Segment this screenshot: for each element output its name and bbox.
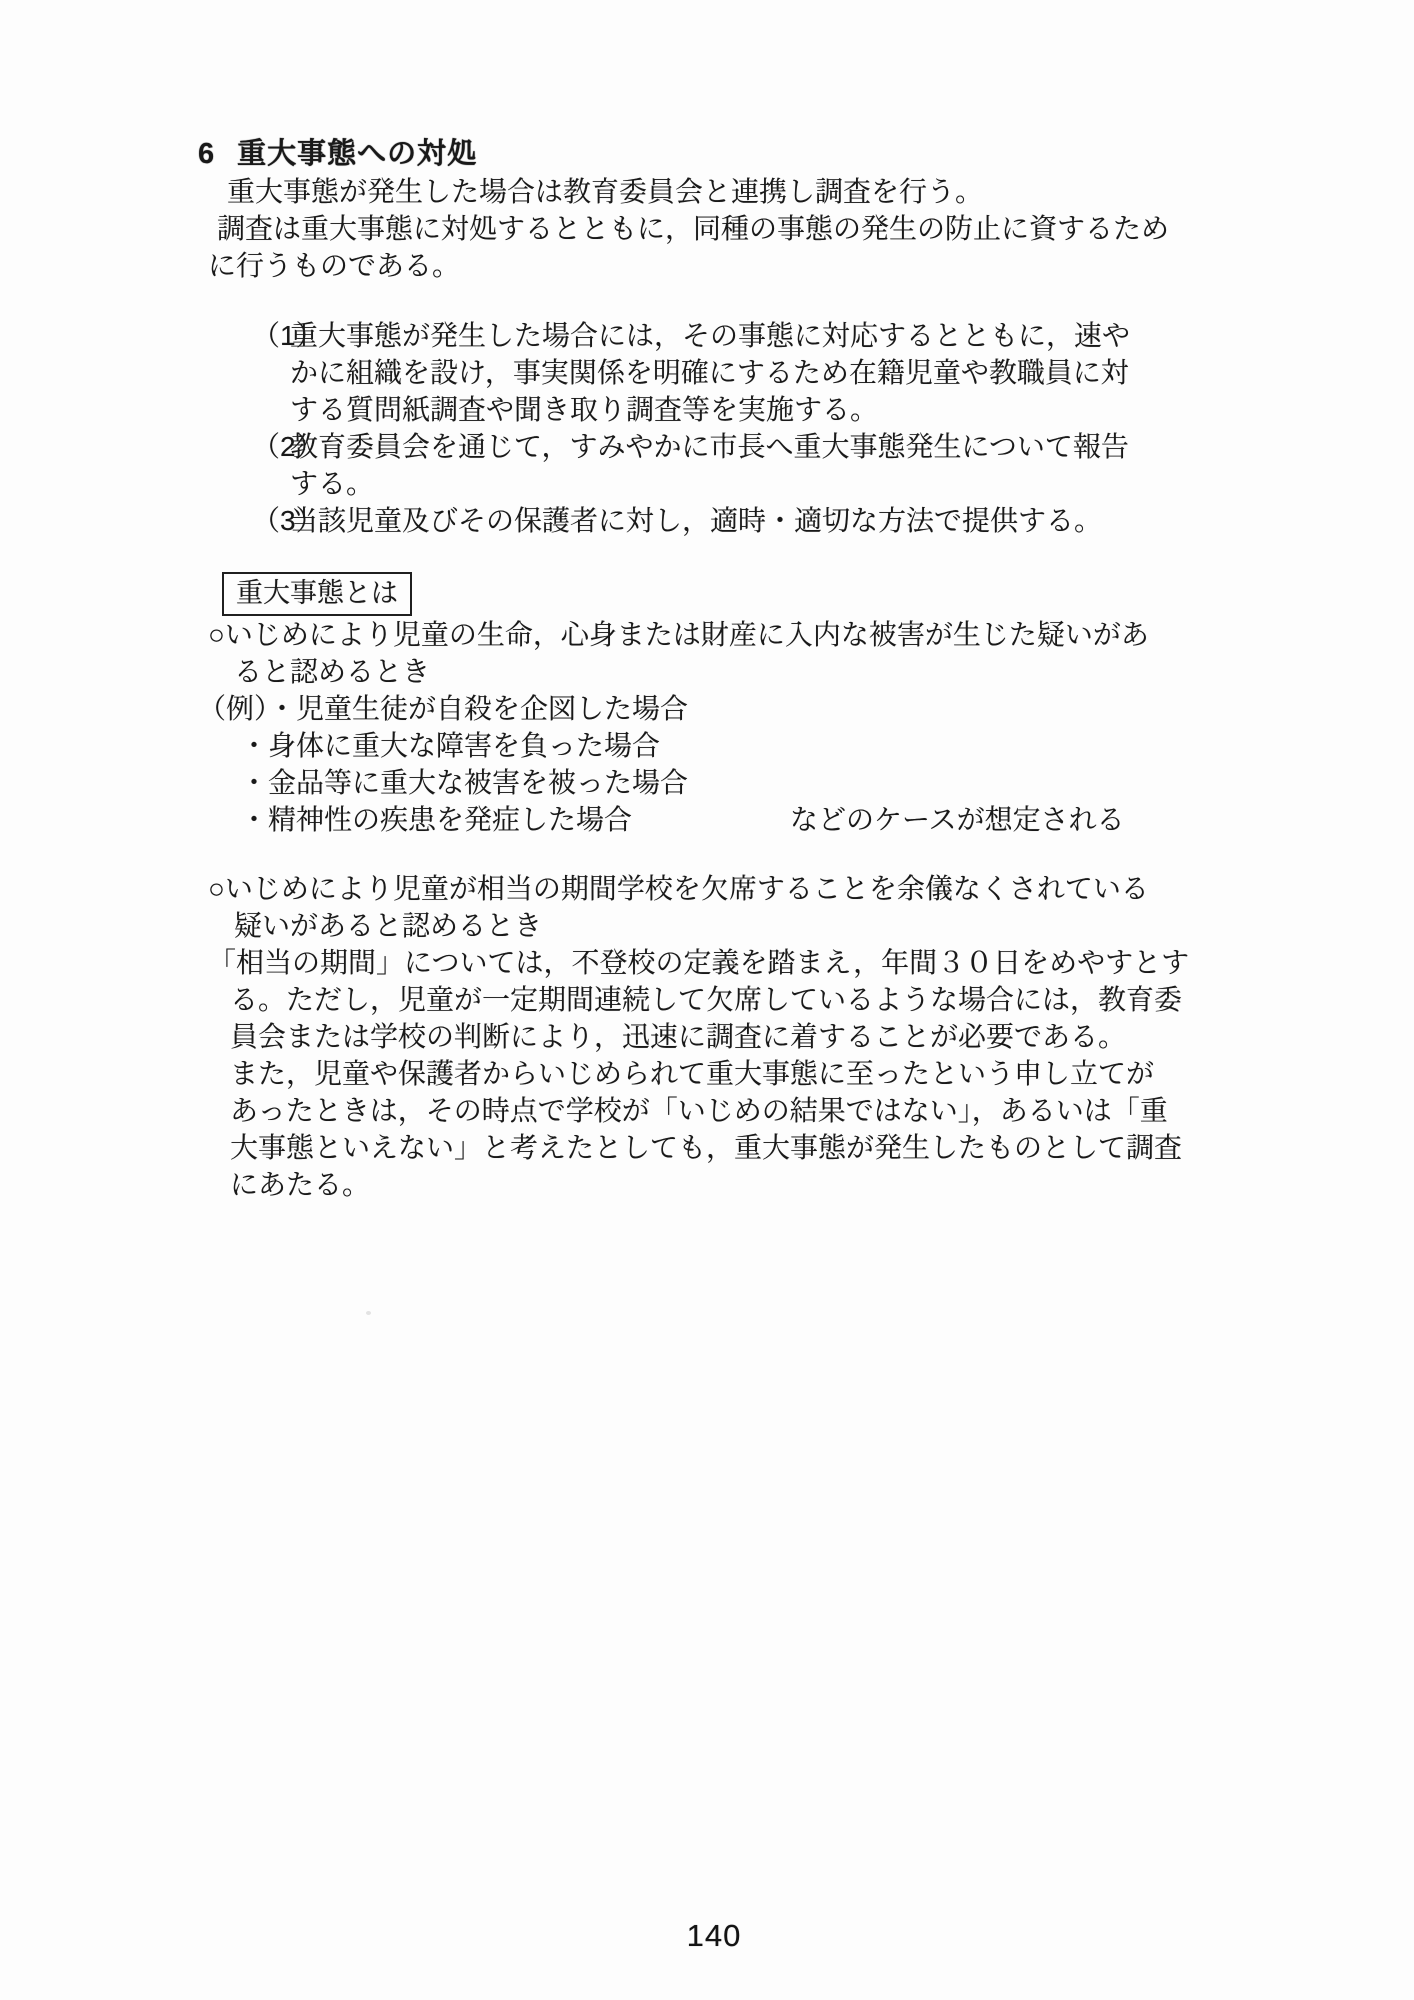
numbered-list: （1） 重大事態が発生した場合には，その事態に対応するとともに，速や かに組織を… <box>208 317 1268 539</box>
intro-line: に行うものである。 <box>208 247 1268 284</box>
definition-case-1: ○いじめにより児童の生命，心身または財産に入内な被害が生じた疑いがあ ると認める… <box>208 616 1268 690</box>
definition-case-2: ○いじめにより児童が相当の期間学校を欠席することを余儀なくされている 疑いがある… <box>208 870 1268 944</box>
examples-block: （例）・児童生徒が自殺を企図した場合 ・身体に重大な障害を負った場合 ・金品等に… <box>208 690 1268 838</box>
list-item-line: かに組織を設け，事実関係を明確にするため在籍児童や教職員に対 <box>290 354 1268 391</box>
supplement-line: また，児童や保護者からいじめられて重大事態に至ったという申し立てが <box>208 1055 1268 1092</box>
definition-box-label: 重大事態とは <box>222 572 412 616</box>
supplement-line: にあたる。 <box>208 1166 1268 1203</box>
section-number: 6 <box>198 135 215 173</box>
case-line: ○いじめにより児童が相当の期間学校を欠席することを余儀なくされている <box>208 870 1268 907</box>
supplement-line: 員会または学校の判断により，迅速に調査に着することが必要である。 <box>208 1018 1268 1055</box>
example-bullet-text: ・精神性の疾患を発症した場合 <box>240 804 632 835</box>
list-item-line: 重大事態が発生した場合には，その事態に対応するとともに，速や <box>290 317 1268 354</box>
scanned-document-page: 6 重大事態への対処 重大事態が発生した場合は教育委員会と連携し調査を行う。 調… <box>0 0 1414 2000</box>
page-number: 140 <box>0 1918 1414 1954</box>
example-line: ・精神性の疾患を発症した場合 などのケースが想定される <box>208 801 1268 838</box>
supplement-line: 大事態といえない」と考えたとしても，重大事態が発生したものとして調査 <box>208 1129 1268 1166</box>
list-item-line: 当該児童及びその保護者に対し，適時・適切な方法で提供する。 <box>290 502 1268 539</box>
list-item-line: する質問紙調査や聞き取り調査等を実施する。 <box>290 391 1268 428</box>
list-item-2: （2） 教育委員会を通じて，すみやかに市長へ重大事態発生について報告 する。 <box>208 428 1268 502</box>
intro-line: 調査は重大事態に対処するとともに，同種の事態の発生の防止に資するため <box>208 210 1268 247</box>
list-item-line: する。 <box>290 465 1268 502</box>
supplement-line: る。ただし，児童が一定期間連続して欠席しているような場合には，教育委 <box>208 981 1268 1018</box>
supplement-paragraph: 「相当の期間」については，不登校の定義を踏まえ，年間３０日をめやすとす る。ただ… <box>208 944 1268 1203</box>
examples-note: などのケースが想定される <box>790 801 1125 838</box>
list-item-3: （3） 当該児童及びその保護者に対し，適時・適切な方法で提供する。 <box>208 502 1268 539</box>
example-line: ・金品等に重大な被害を被った場合 <box>208 764 1268 801</box>
section-heading: 6 重大事態への対処 <box>198 135 1268 173</box>
list-item-marker: （1） <box>252 317 324 354</box>
document-body: 6 重大事態への対処 重大事態が発生した場合は教育委員会と連携し調査を行う。 調… <box>208 135 1268 1203</box>
case-line: ると認めるとき <box>208 653 1268 690</box>
intro-paragraph: 重大事態が発生した場合は教育委員会と連携し調査を行う。 調査は重大事態に対処する… <box>208 173 1268 284</box>
supplement-line: あったときは，その時点で学校が「いじめの結果ではない」，あるいは「重 <box>208 1092 1268 1129</box>
case-line: 疑いがあると認めるとき <box>208 907 1268 944</box>
definition-box-row: 重大事態とは <box>208 572 1268 616</box>
supplement-line: 「相当の期間」については，不登校の定義を踏まえ，年間３０日をめやすとす <box>208 944 1268 981</box>
section-title: 重大事態への対処 <box>237 135 477 173</box>
intro-line: 重大事態が発生した場合は教育委員会と連携し調査を行う。 <box>208 173 1268 210</box>
case-line: ○いじめにより児童の生命，心身または財産に入内な被害が生じた疑いがあ <box>208 616 1268 653</box>
example-line: （例）・児童生徒が自殺を企図した場合 <box>198 690 1268 727</box>
list-item-marker: （3） <box>252 502 324 539</box>
list-item-1: （1） 重大事態が発生した場合には，その事態に対応するとともに，速や かに組織を… <box>208 317 1268 428</box>
list-item-marker: （2） <box>252 428 324 465</box>
list-item-line: 教育委員会を通じて，すみやかに市長へ重大事態発生について報告 <box>290 428 1268 465</box>
scan-speck <box>366 1311 371 1315</box>
example-line: ・身体に重大な障害を負った場合 <box>208 727 1268 764</box>
